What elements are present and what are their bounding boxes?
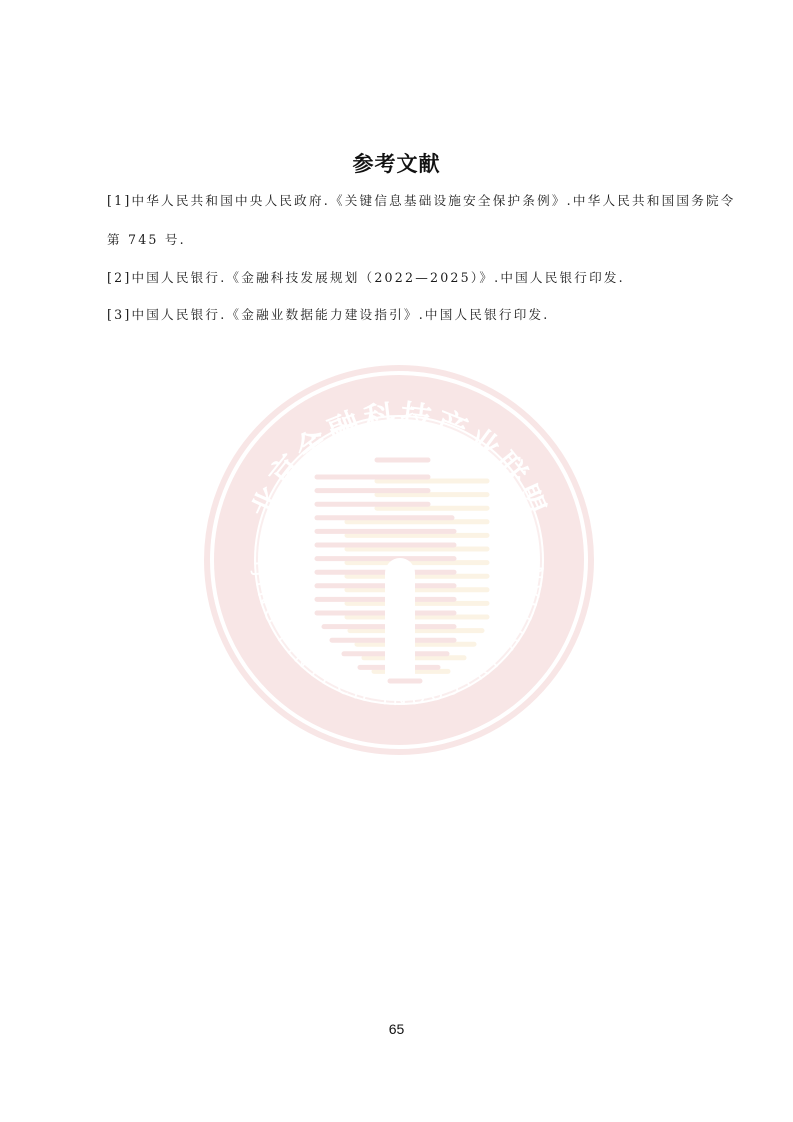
page-number: 65 — [0, 1021, 793, 1037]
page-title: 参考文献 — [0, 148, 793, 178]
reference-1-line-1: [1]中华人民共和国中央人民政府.《关键信息基础设施安全保护条例》.中华人民共和… — [107, 193, 697, 209]
watermark-seal: 北京金融科技产业联盟 BEIJING FINTECH INDUSTRY ALLI… — [202, 363, 596, 757]
seal-emblem-lines — [317, 460, 487, 681]
reference-1-line-2: 第 745 号. — [107, 232, 697, 248]
reference-2: [2]中国人民银行.《金融科技发展规划（2022—2025）》.中国人民银行印发… — [107, 270, 697, 286]
reference-3: [3]中国人民银行.《金融业数据能力建设指引》.中国人民银行印发. — [107, 307, 697, 323]
